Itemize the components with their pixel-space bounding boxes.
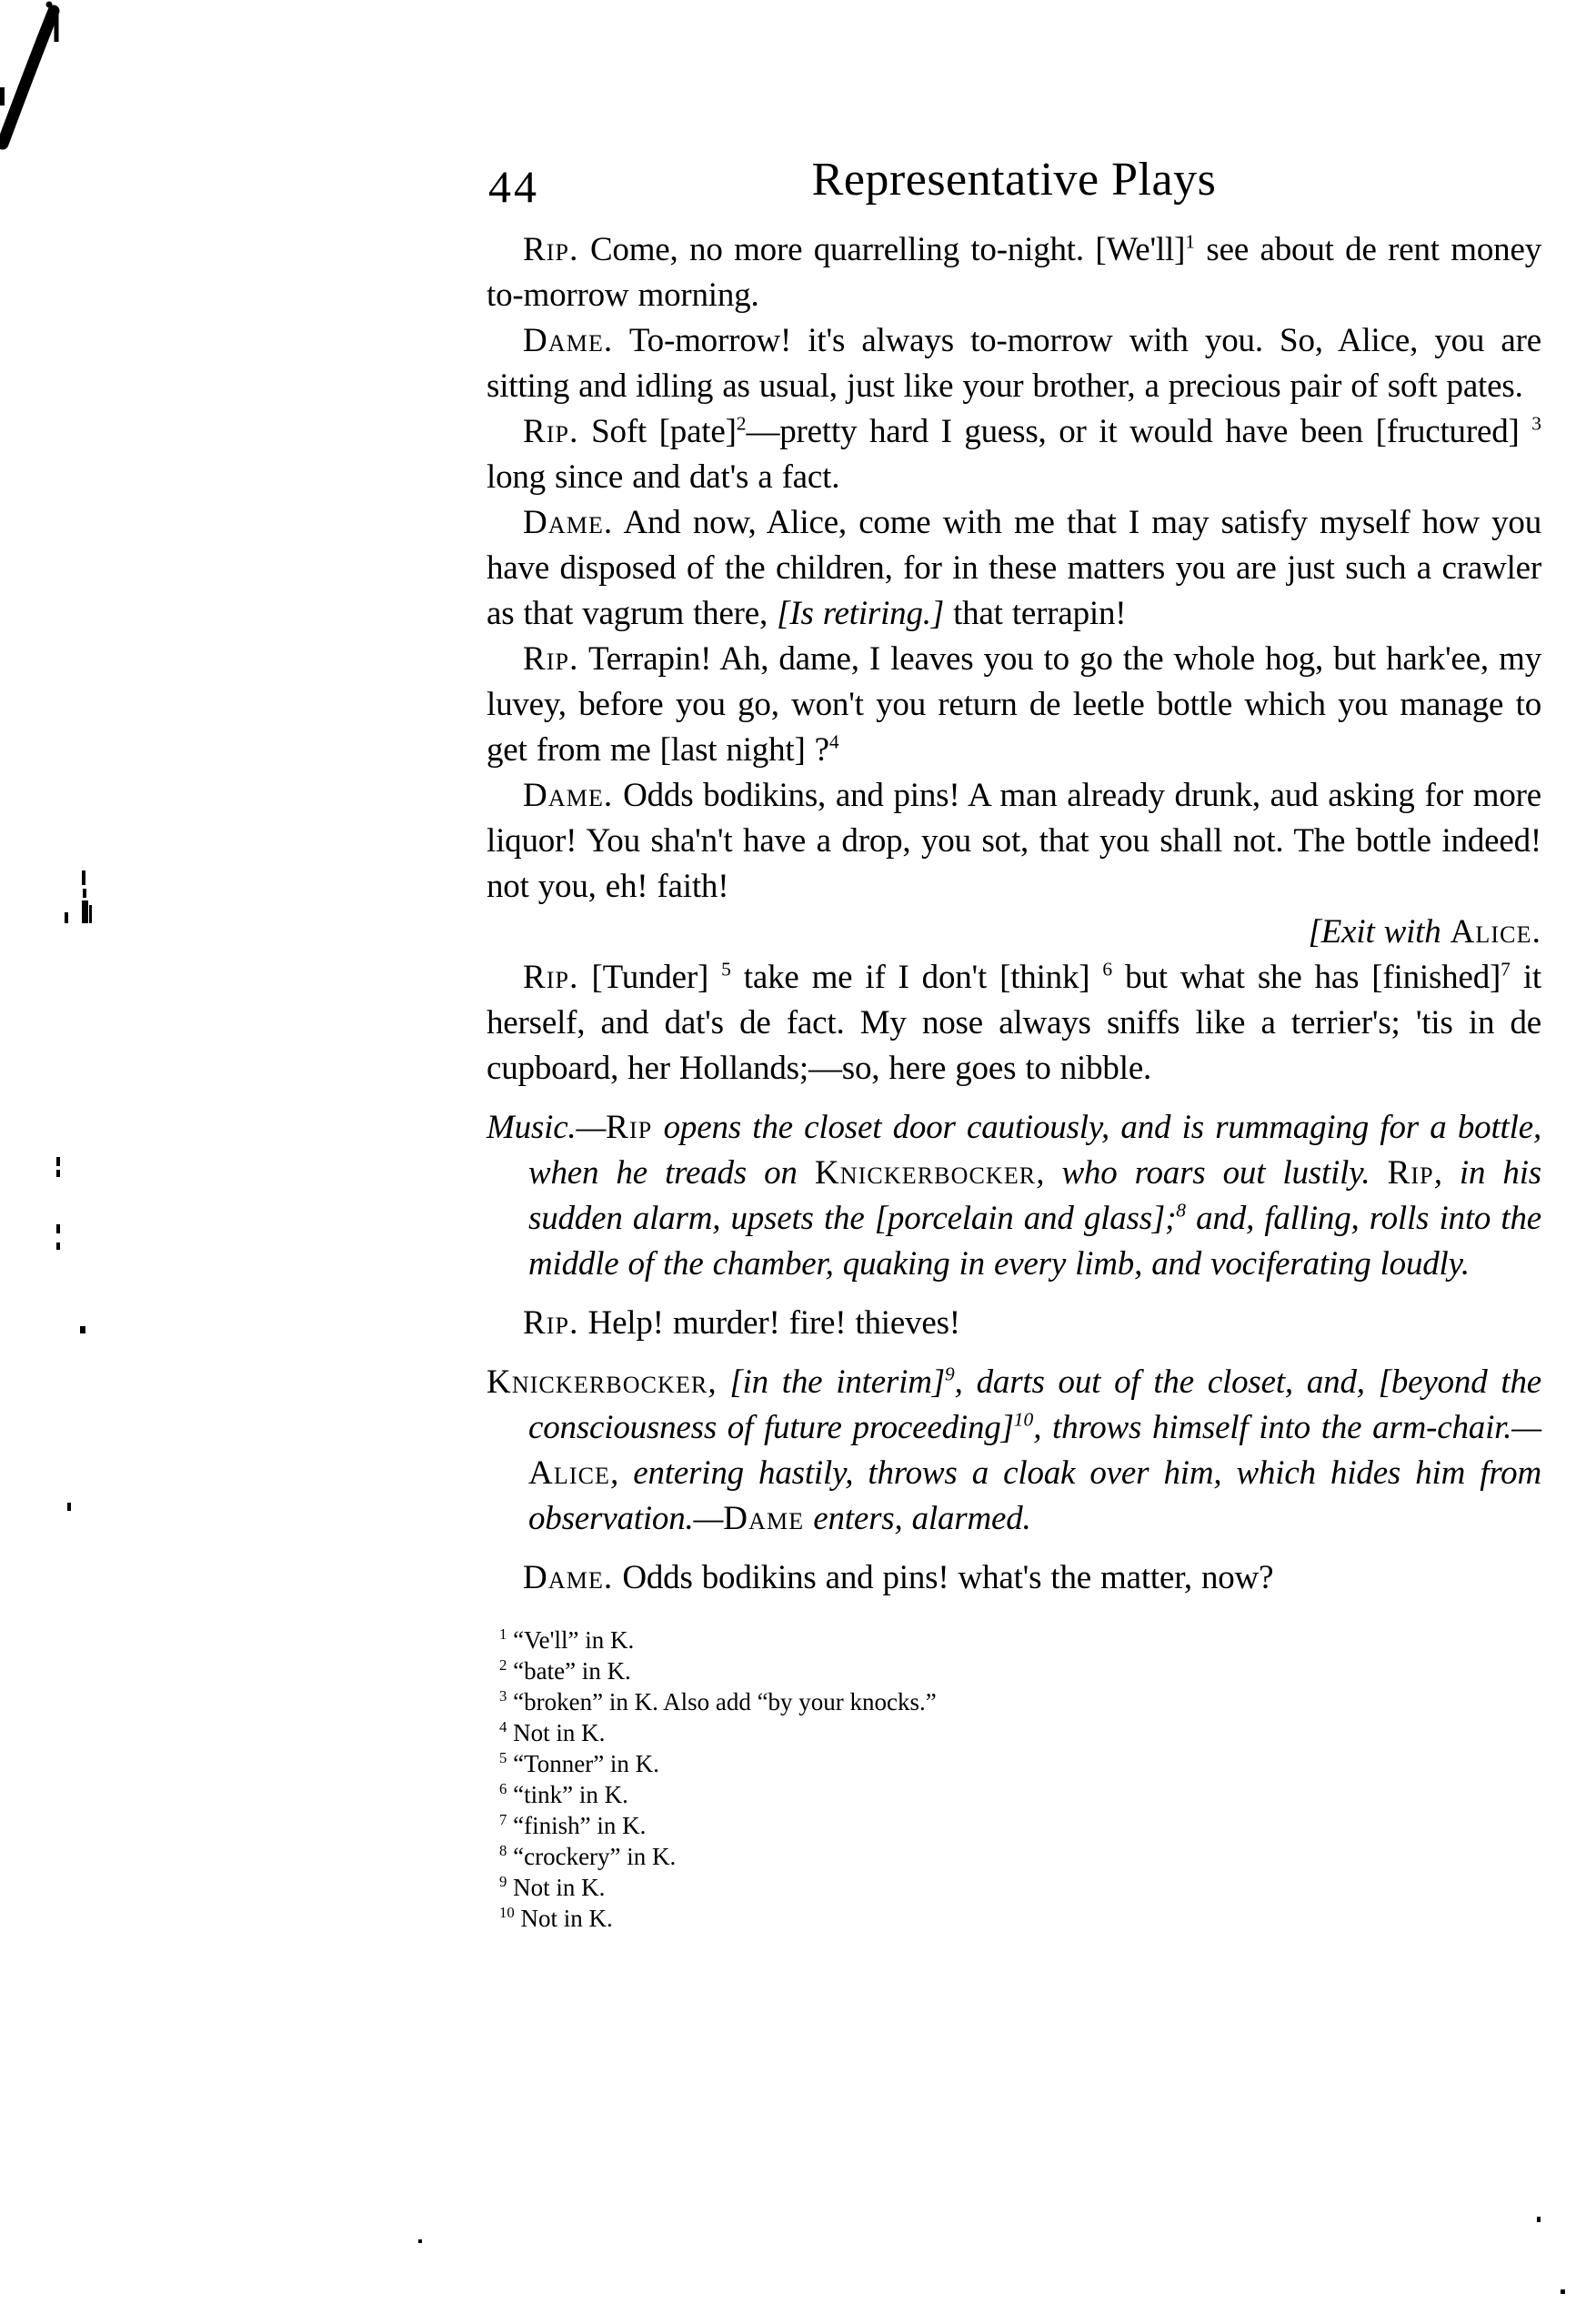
speech-text: To-morrow! it's always to-morrow with yo… [487, 322, 1541, 405]
footnote-ref: 1 [1185, 231, 1195, 253]
footnote: 7 “finish” in K. [499, 1810, 1541, 1841]
speech-text: Come, no more quarrelling to-night. [We'… [579, 231, 1186, 268]
speaker-name: Dame. [523, 322, 613, 359]
ink-speck [56, 1157, 60, 1166]
footnote-ref: 2 [737, 413, 747, 435]
speech-paragraph: Rip. Terrapin! Ah, dame, I leaves you to… [487, 637, 1541, 773]
speaker-name: Rip. [523, 1304, 579, 1342]
book-page-scan: 44 Representative Plays Rip. Come, no mo… [0, 0, 1596, 2314]
character-name: Dame [723, 1500, 804, 1537]
footnote-marker: 5 [499, 1749, 507, 1766]
speaker-name: Rip. [523, 231, 579, 268]
footnote-marker: 7 [499, 1811, 507, 1828]
footnote: 8 “crockery” in K. [499, 1841, 1541, 1872]
ink-speck [82, 900, 88, 923]
ink-speck [82, 870, 85, 885]
inline-stage-direction: [Is retiring.] [777, 595, 944, 632]
footnote-ref: 3 [1531, 413, 1541, 435]
ink-speck [56, 1224, 60, 1233]
speaker-name: Dame. [523, 777, 613, 814]
stage-direction: Knickerbocker, [in the interim]9, darts … [487, 1360, 1541, 1542]
footnote: 4 Not in K. [499, 1717, 1541, 1748]
footnote-marker: 6 [499, 1780, 507, 1797]
footnote-text: Not in K. [513, 1874, 605, 1901]
speech-text: Soft [pate] [579, 413, 737, 450]
speech-paragraph: Dame. Odds bodikins, and pins! A man alr… [487, 773, 1541, 910]
speech-paragraph: Rip. Come, no more quarrelling to-night.… [487, 227, 1541, 318]
page-number: 44 [488, 160, 539, 213]
character-name: Rip [1388, 1154, 1434, 1192]
footnote-marker: 10 [499, 1904, 515, 1921]
exit-text: [Exit with [1309, 913, 1450, 951]
footnote-marker: 8 [499, 1842, 507, 1859]
speaker-name: Rip. [523, 640, 579, 678]
footnote-marker: 1 [499, 1625, 507, 1643]
footnote-text: “Tonner” in K. [513, 1750, 659, 1777]
speech-text: but what she has [finished] [1112, 959, 1501, 996]
speaker-name: Rip. [523, 959, 579, 996]
footnote: 9 Not in K. [499, 1872, 1541, 1903]
footnotes-section: 1 “Ve'll” in K. 2 “bate” in K. 3 “broken… [487, 1625, 1541, 1934]
stage-text: , [in the interim] [708, 1363, 945, 1401]
exit-direction: [Exit with Alice. [487, 910, 1541, 955]
footnote-marker: 9 [499, 1873, 507, 1890]
character-name: Knickerbocker [815, 1154, 1036, 1192]
footnote-text: “bate” in K. [513, 1657, 631, 1685]
character-name: Knickerbocker [487, 1363, 708, 1401]
footnote: 2 “bate” in K. [499, 1655, 1541, 1686]
footnote-marker: 4 [499, 1718, 507, 1735]
stage-text: , throws himself into the arm-chair.— [1033, 1409, 1541, 1446]
page-content: 44 Representative Plays Rip. Come, no mo… [487, 153, 1541, 1934]
speech-paragraph: Dame. To-morrow! it's always to-morrow w… [487, 318, 1541, 409]
speech-text: —pretty hard I guess, or it would have b… [746, 413, 1531, 450]
ink-speck [83, 889, 86, 898]
speech-paragraph: Rip. Help! murder! fire! thieves! [487, 1301, 1541, 1346]
speech-text: Odds bodikins, and pins! A man already d… [487, 777, 1541, 905]
speaker-name: Rip. [523, 413, 579, 450]
footnote-ref: 7 [1501, 959, 1511, 981]
footnote-marker: 2 [499, 1656, 507, 1674]
footnote-ref: 5 [721, 959, 731, 981]
speech-text: Terrapin! Ah, dame, I leaves you to go t… [487, 640, 1541, 769]
footnote: 1 “Ve'll” in K. [499, 1625, 1541, 1655]
footnote-text: “broken” in K. Also add “by your knocks.… [513, 1688, 937, 1715]
stage-text: enters, alarmed. [804, 1500, 1030, 1537]
speech-text: long since and dat's a fact. [487, 458, 839, 496]
footnote-ref: 8 [1176, 1200, 1186, 1222]
speech-paragraph: Dame. Odds bodikins and pins! what's the… [487, 1555, 1541, 1601]
footnote-marker: 3 [499, 1687, 507, 1705]
speaker-name: Dame. [523, 504, 613, 541]
speech-paragraph: Dame. And now, Alice, come with me that … [487, 500, 1541, 637]
ink-speck [56, 1243, 60, 1250]
speech-text: Help! murder! fire! thieves! [579, 1304, 960, 1342]
ink-speck [1537, 2217, 1541, 2222]
ink-speck [418, 2239, 422, 2243]
ink-speck [1561, 2289, 1565, 2294]
page-header: 44 Representative Plays [487, 153, 1541, 220]
speech-text: take me if I don't [think] [731, 959, 1103, 996]
speaker-name: Dame. [523, 1559, 613, 1596]
footnote-text: “tink” in K. [513, 1781, 628, 1808]
speech-paragraph: Rip. [Tunder] 5 take me if I don't [thin… [487, 955, 1541, 1092]
footnote-text: Not in K. [513, 1719, 605, 1746]
character-name: Alice [528, 1454, 610, 1492]
ink-speck [0, 87, 5, 106]
footnote: 10 Not in K. [499, 1903, 1541, 1934]
footnote: 3 “broken” in K. Also add “by your knock… [499, 1686, 1541, 1717]
footnote-text: “finish” in K. [513, 1812, 646, 1839]
footnote-ref: 9 [945, 1363, 955, 1385]
footnote-text: “Ve'll” in K. [513, 1626, 634, 1654]
speech-text: [Tunder] [579, 959, 722, 996]
ink-speck [89, 905, 92, 923]
character-name: Alice. [1450, 913, 1541, 951]
speech-text: Odds bodikins and pins! what's the matte… [613, 1559, 1273, 1596]
footnote-ref: 4 [829, 731, 839, 753]
speech-paragraph: Rip. Soft [pate]2—pretty hard I guess, o… [487, 409, 1541, 500]
footnote-ref: 6 [1102, 959, 1112, 981]
stage-text: , entering hastily, throws a cloak over … [528, 1454, 1541, 1537]
ink-speck [67, 1503, 71, 1511]
ink-speck [65, 912, 68, 923]
stage-text: , who roars out lustily. [1036, 1154, 1387, 1192]
page-title: Representative Plays [487, 153, 1541, 206]
footnote-ref: 10 [1014, 1409, 1033, 1431]
footnote: 5 “Tonner” in K. [499, 1748, 1541, 1779]
ink-speck [56, 1170, 60, 1177]
character-name: Rip [606, 1109, 652, 1146]
ink-speck [80, 1326, 85, 1333]
stage-text: Music.— [487, 1109, 606, 1146]
footnote-text: Not in K. [520, 1905, 612, 1932]
ink-stroke [0, 0, 86, 150]
stage-direction: Music.—Rip opens the closet door cautiou… [487, 1105, 1541, 1287]
footnote: 6 “tink” in K. [499, 1779, 1541, 1810]
speech-text: that terrapin! [944, 595, 1126, 632]
footnote-text: “crockery” in K. [513, 1843, 676, 1870]
